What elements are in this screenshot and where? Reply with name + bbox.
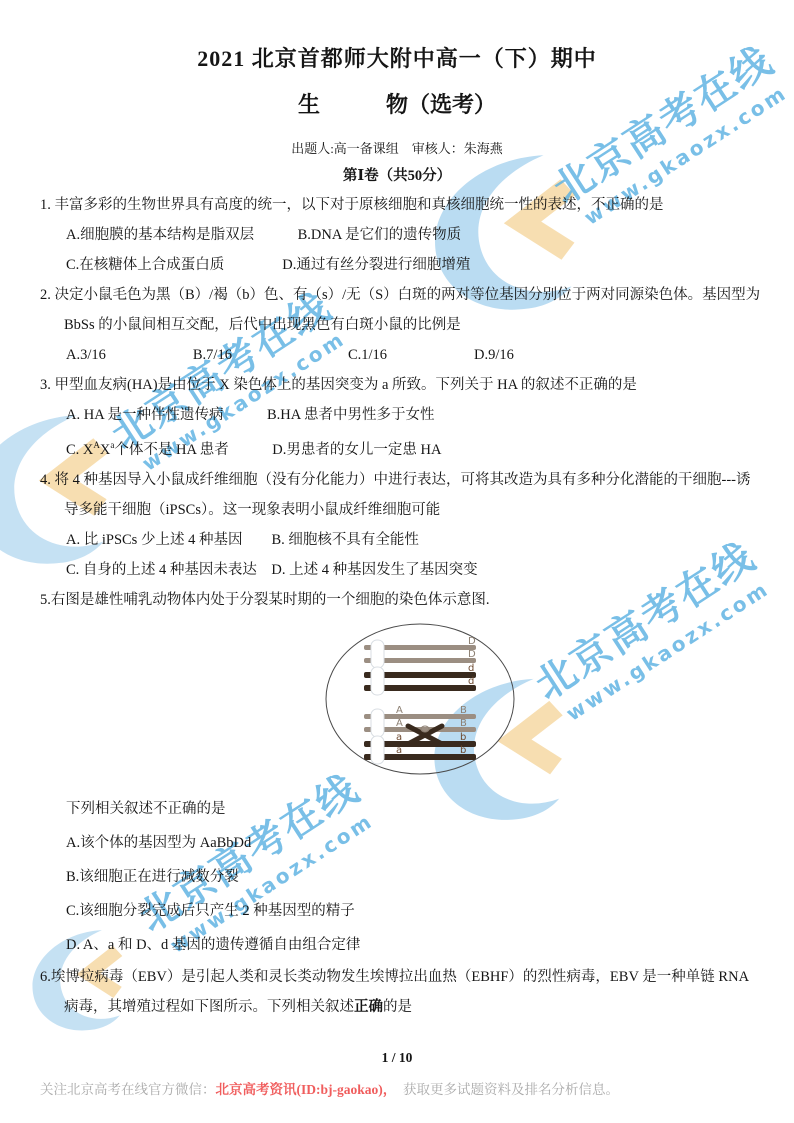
gene-label: D	[468, 636, 476, 647]
stem-text: 的是	[383, 999, 412, 1015]
exam-page: 北京高考在线 www.gkaozx.com 北京高考在线 www.gkaozx.…	[0, 0, 794, 1123]
gene-label: d	[468, 676, 474, 687]
question-2-stem-line2: BbSs 的小鼠间相互交配，后代中出现黑色有白斑小鼠的比例是	[40, 310, 756, 340]
question-1-stem: 1. 丰富多彩的生物世界具有高度的统一，以下对于原核细胞和真核细胞统一性的表述，…	[40, 190, 756, 220]
centromere	[371, 736, 384, 764]
question-4-stem-line2: 导多能干细胞（iPSCs）。这一现象表明小鼠成纤维细胞可能	[40, 495, 756, 525]
gene-label: A	[396, 705, 403, 716]
gene-label: d	[468, 663, 474, 674]
option-c-text: C. X	[66, 442, 93, 458]
question-6: 6.埃博拉病毒（EBV）是引起人类和灵长类动物发生埃博拉出血热（EBHF）的烈性…	[40, 962, 756, 1022]
subject-title: 生 物（选考）	[0, 88, 794, 119]
question-4-options-ab: A. 比 iPSCs 少上述 4 种基因 B. 细胞核不具有全能性	[40, 525, 756, 555]
stem-text: 病毒，其增殖过程如下图所示。下列相关叙述	[64, 999, 354, 1015]
option-c-text: X	[100, 442, 110, 458]
footer-note: 关注北京高考在线官方微信：北京高考资讯(ID:bj-gaokao)， 获取更多试…	[40, 1078, 780, 1098]
footer-wechat-id: 北京高考资讯(ID:bj-gaokao)，	[216, 1082, 390, 1097]
footer-prefix: 关注北京高考在线官方微信：	[40, 1082, 216, 1097]
question-3-stem: 3. 甲型血友病(HA)是由位于 X 染色体上的基因突变为 a 所致。下列关于 …	[40, 370, 756, 400]
question-2-stem-line1: 2. 决定小鼠毛色为黑（B）/褐（b）色、有（s）/无（S）白斑的两对等位基因分…	[40, 280, 756, 310]
question-1: 1. 丰富多彩的生物世界具有高度的统一，以下对于原核细胞和真核细胞统一性的表述，…	[40, 190, 756, 280]
question-5-option-c: C.该细胞分裂完成后只产生 2 种基因型的精子	[40, 894, 756, 928]
gene-label: b	[460, 732, 466, 743]
centromere	[371, 667, 384, 695]
gene-label: B	[460, 718, 467, 729]
question-3: 3. 甲型血友病(HA)是由位于 X 染色体上的基因突变为 a 所致。下列关于 …	[40, 370, 756, 465]
question-6-stem-line1: 6.埃博拉病毒（EBV）是引起人类和灵长类动物发生埃博拉出血热（EBHF）的烈性…	[40, 962, 756, 992]
gene-label: b	[460, 745, 466, 756]
question-3-options-cd: C. XAXa个体不是 HA 患者 D.男患者的女儿一定患 HA	[40, 430, 756, 465]
gene-label: A	[396, 718, 403, 729]
question-5-options: 下列相关叙述不正确的是 A.该个体的基因型为 AaBbDd B.该细胞正在进行减…	[40, 792, 756, 962]
footer-suffix: 获取更多试题资料及排名分析信息。	[390, 1082, 620, 1097]
section-title: 第Ⅰ卷（共50分）	[0, 164, 794, 185]
gene-label: a	[396, 745, 402, 756]
question-6-stem-line2: 病毒，其增殖过程如下图所示。下列相关叙述正确的是	[40, 992, 756, 1022]
question-5-stem: 5.右图是雄性哺乳动物体内处于分裂某时期的一个细胞的染色体示意图.	[40, 585, 756, 615]
centromere	[371, 640, 384, 668]
question-5-substem: 下列相关叙述不正确的是	[40, 792, 756, 826]
question-5: 5.右图是雄性哺乳动物体内处于分裂某时期的一个细胞的染色体示意图.	[40, 585, 756, 962]
gene-label: a	[396, 732, 402, 743]
question-5-option-a: A.该个体的基因型为 AaBbDd	[40, 826, 756, 860]
page-number: 1 / 10	[0, 1050, 794, 1066]
gene-label: D	[468, 649, 476, 660]
gene-label: B	[460, 705, 467, 716]
stem-emphasis: 正确	[354, 999, 383, 1015]
question-4-stem-line1: 4. 将 4 种基因导入小鼠成纤维细胞（没有分化能力）中进行表达，可将其改造为具…	[40, 465, 756, 495]
page-title: 2021 北京首都师大附中高一（下）期中	[0, 42, 794, 73]
question-2-options: A.3/16 B.7/16 C.1/16 D.9/16	[40, 340, 756, 370]
option-c-text: 个体不是 HA 患者	[114, 442, 228, 458]
question-5-option-b: B.该细胞正在进行减数分裂	[40, 860, 756, 894]
question-4-options-cd: C. 自身的上述 4 种基因未表达 D. 上述 4 种基因发生了基因突变	[40, 555, 756, 585]
question-1-options-ab: A.细胞膜的基本结构是脂双层 B.DNA 是它们的遗传物质	[40, 220, 756, 250]
question-3-options-ab: A. HA 是一种伴性遗传病 B.HA 患者中男性多于女性	[40, 400, 756, 430]
centromere	[371, 709, 384, 737]
question-2: 2. 决定小鼠毛色为黑（B）/褐（b）色、有（s）/无（S）白斑的两对等位基因分…	[40, 280, 756, 370]
chromosome-diagram: D D d d A A a a B B b b	[322, 619, 522, 781]
byline: 出题人:高一备课组 审核人：朱海燕	[0, 138, 794, 157]
question-1-options-cd: C.在核糖体上合成蛋白质 D.通过有丝分裂进行细胞增殖	[40, 250, 756, 280]
question-list: 1. 丰富多彩的生物世界具有高度的统一，以下对于原核细胞和真核细胞统一性的表述，…	[40, 190, 756, 1022]
option-d-text: D.男患者的女儿一定患 HA	[229, 442, 442, 458]
question-4: 4. 将 4 种基因导入小鼠成纤维细胞（没有分化能力）中进行表达，可将其改造为具…	[40, 465, 756, 585]
question-5-option-d: D. A、a 和 D、d 基因的遗传遵循自由组合定律	[40, 928, 756, 962]
